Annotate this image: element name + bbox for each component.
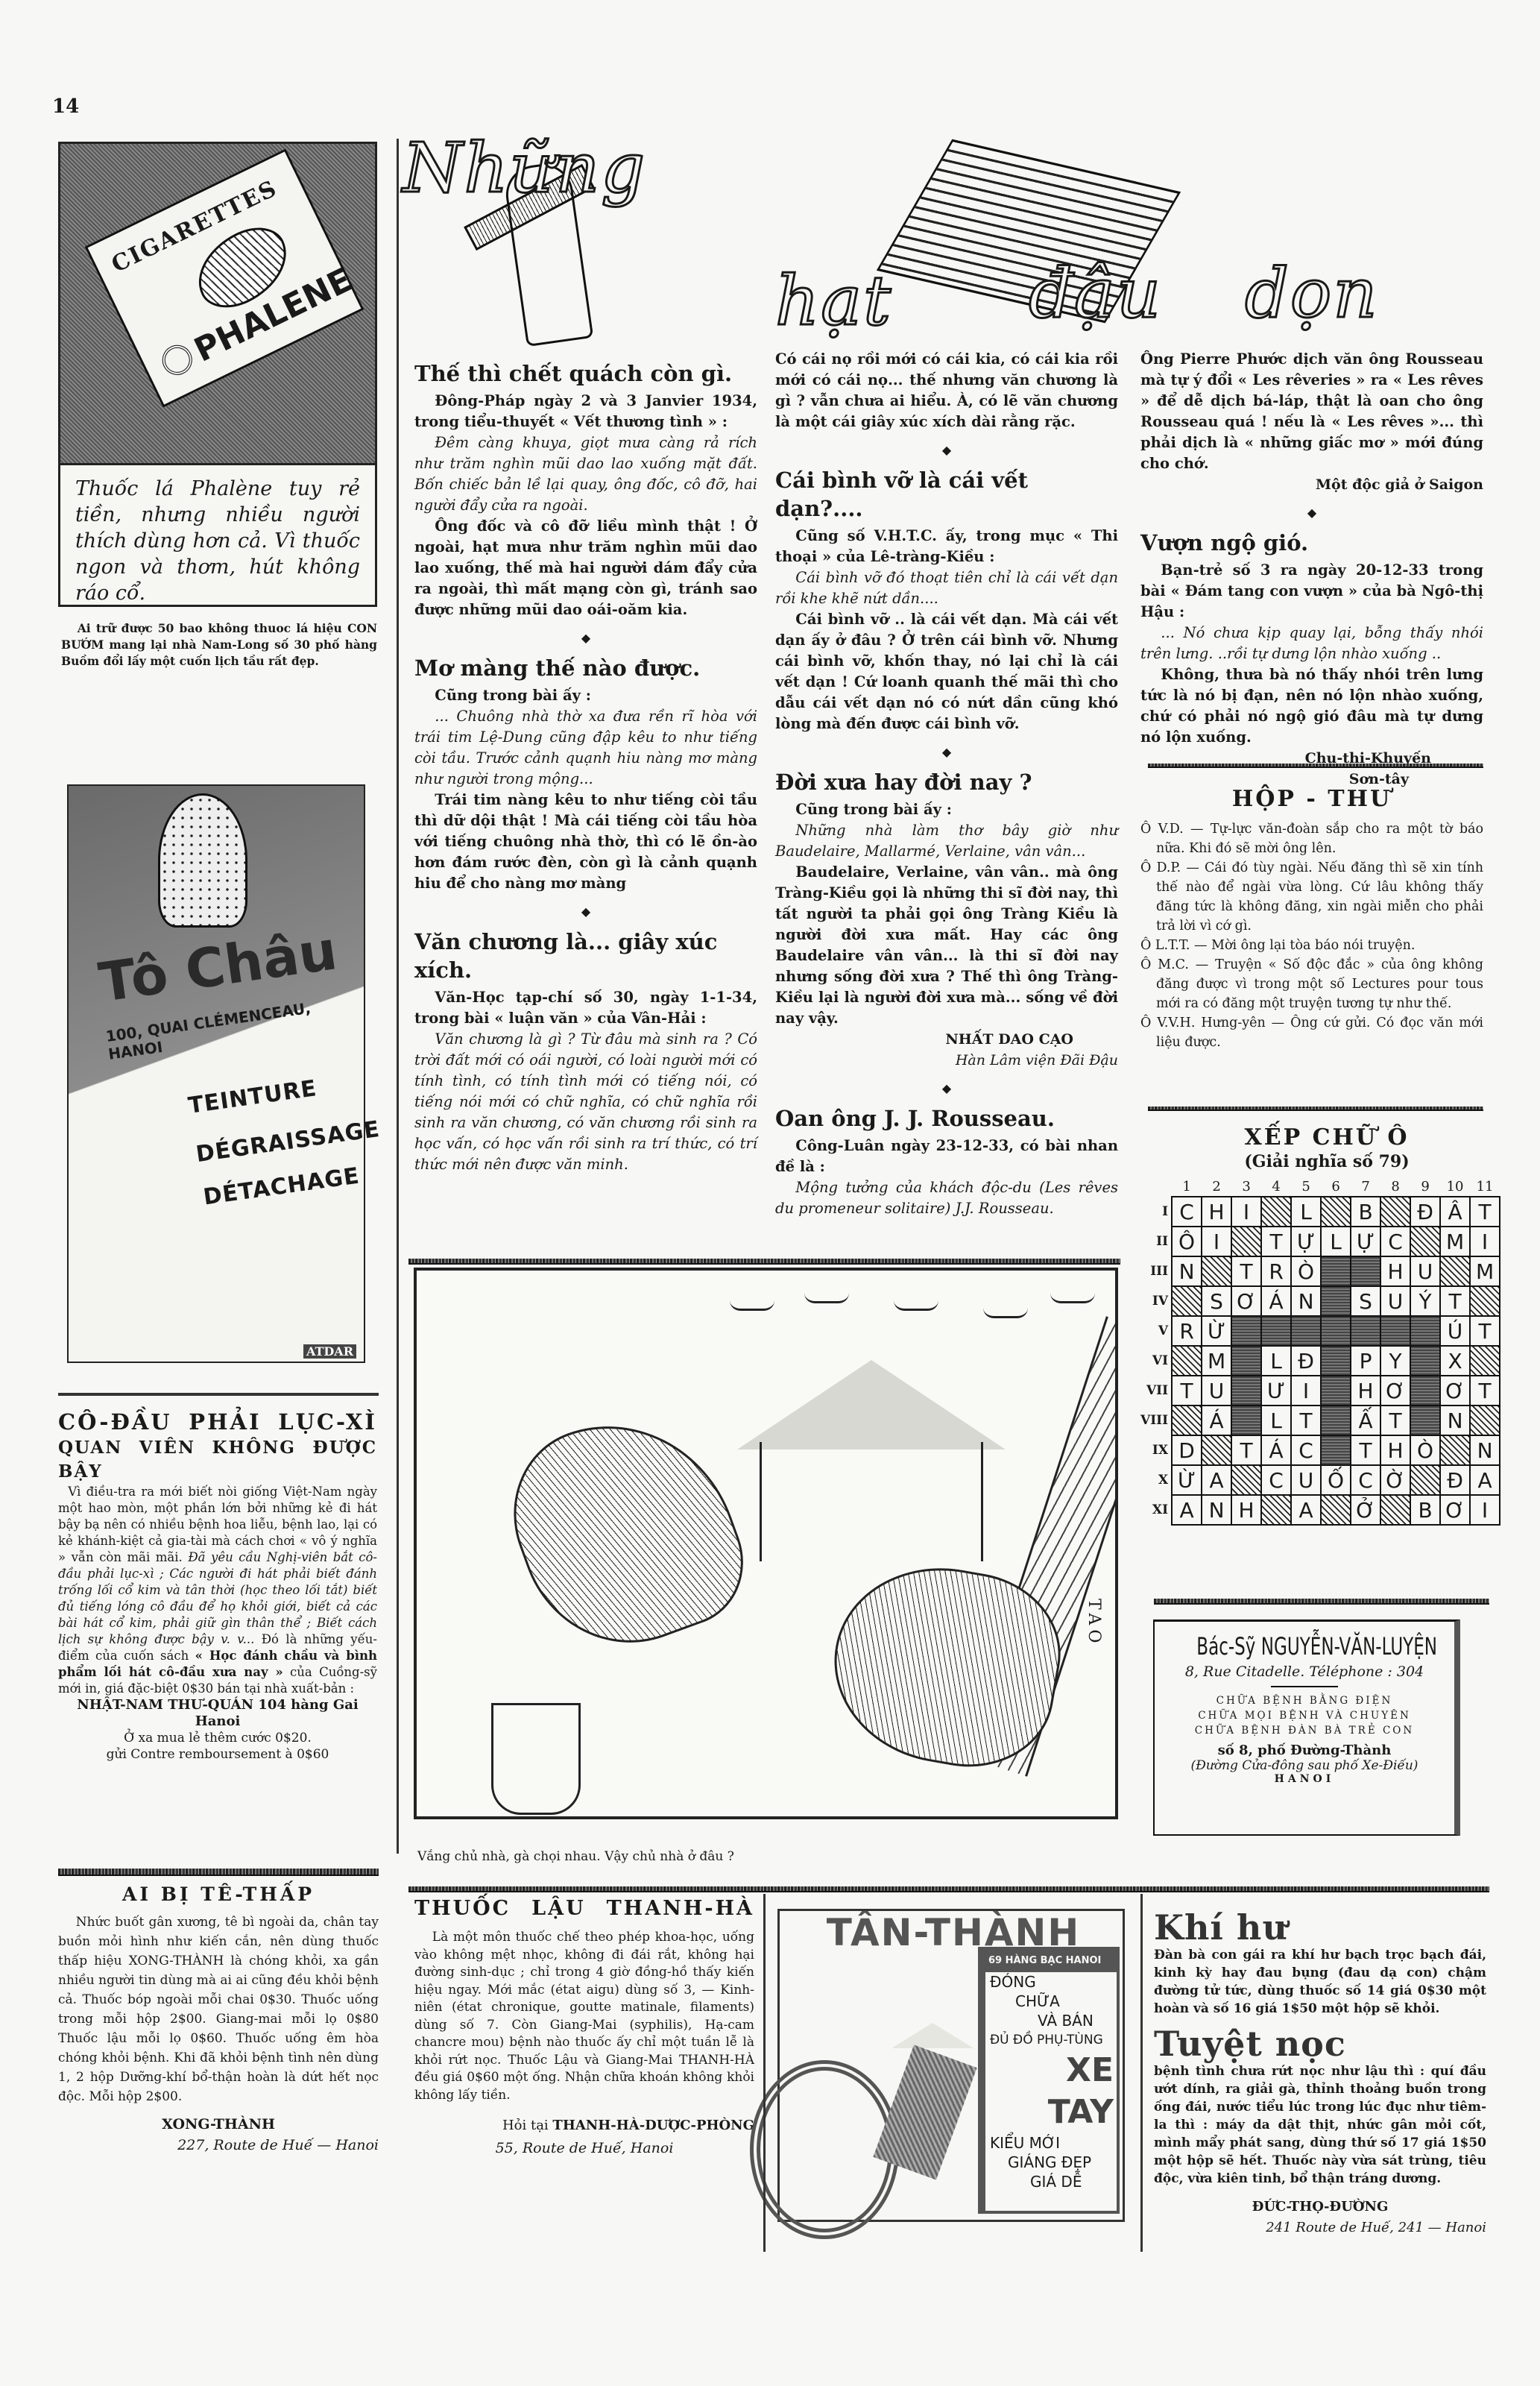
crossword-cell: I — [1231, 1197, 1261, 1227]
crossword-cell: N — [1172, 1256, 1202, 1286]
mailbox-reply: Ô M.C. — Truyện « Số độc đắc » của ông k… — [1140, 955, 1483, 1013]
mailbox-section: HỘP - THƯ Ô V.D. — Tự-lực văn-đoàn sắp c… — [1140, 768, 1483, 1052]
crossword-cell: T — [1261, 1227, 1291, 1256]
article: Cái bình vỡ là cái vết dạn?.... Cũng số … — [775, 466, 1118, 734]
crossword-cell: T — [1231, 1256, 1261, 1286]
sign-line: CHỮA — [985, 1992, 1117, 2011]
crossword-row-label: XI — [1140, 1495, 1172, 1525]
article-quote: Văn chương là gì ? Từ đâu mà sinh ra ? C… — [414, 1029, 757, 1175]
ornament-icon: ◆ — [414, 904, 757, 919]
crossword-row: IXDTÁCTHÒN — [1140, 1435, 1500, 1465]
crossword-cell: H — [1380, 1256, 1410, 1286]
article-source: Bạn-trẻ số 3 ra ngày 20-12-33 trong bài … — [1140, 560, 1483, 623]
crossword-row: VIIIÁLTẤTN — [1140, 1406, 1500, 1435]
crossword-shaded-cell — [1231, 1376, 1261, 1406]
crossword-blocked-cell — [1172, 1286, 1202, 1316]
crossword-cell: T — [1470, 1376, 1500, 1406]
crossword-blocked-cell — [1202, 1435, 1231, 1465]
article-comment: Không, thưa bà nó thấy nhói trên lưng tứ… — [1140, 664, 1483, 748]
mailbox-reply: Ô L.T.T. — Mời ông lại tòa báo nói truyệ… — [1140, 936, 1483, 955]
crossword-blocked-cell — [1440, 1435, 1470, 1465]
divider — [1154, 1599, 1489, 1605]
tochau-ad: Tô Châu 100, QUAI CLÉMENCEAU, HANOI TEIN… — [67, 784, 365, 1363]
article-quote: Cái bình vỡ đó thoạt tiên chỉ là cái vết… — [775, 567, 1118, 609]
ad-lead-word: Khí hư — [1154, 1909, 1288, 1946]
crossword-col-label: 11 — [1470, 1177, 1500, 1197]
crossword-cell: Ở — [1351, 1495, 1380, 1525]
crossword-row-label: III — [1140, 1256, 1172, 1286]
article-source: Công-Luân ngày 23-12-33, có bài nhan đề … — [775, 1136, 1118, 1177]
sign-line: VÀ BÁN — [985, 2011, 1117, 2030]
tanthanh-sign: 69 HÀNG BẠC HANOI ĐÓNG CHỮA VÀ BÁN ĐỦ ĐỒ… — [978, 1947, 1120, 2214]
crossword-blocked-cell — [1172, 1406, 1202, 1435]
crossword-cell: A — [1202, 1465, 1231, 1495]
crossword-cell: Ú — [1440, 1316, 1470, 1346]
crossword-subtitle: (Giải nghĩa số 79) — [1140, 1152, 1513, 1171]
article-column-3: Ông Pierre Phước dịch văn ông Rousseau m… — [1140, 349, 1483, 790]
publisher-city: Hanoi — [58, 1713, 377, 1730]
sign-line: ĐỦ ĐỒ PHỤ-TÙNG — [985, 2030, 1117, 2050]
article-comment: Ông đốc và cô đỡ liều mình thật ! Ở ngoà… — [414, 516, 757, 620]
crossword-cell: I — [1470, 1495, 1500, 1525]
crossword-cell: Ư — [1261, 1376, 1291, 1406]
crossword-cell: T — [1470, 1316, 1500, 1346]
crossword-cell: S — [1202, 1286, 1231, 1316]
divider — [408, 1259, 1120, 1265]
tochau-service: TEINTURE — [186, 1075, 318, 1119]
crossword-row: IVSƠÁNSUÝT — [1140, 1286, 1500, 1316]
crossword-cell: A — [1291, 1495, 1321, 1525]
crossword-shaded-cell — [1321, 1346, 1351, 1376]
crossword-shaded-cell — [1291, 1316, 1321, 1346]
article-signature: NHẤT DAO CẠO — [775, 1029, 1118, 1050]
crossword-cell: Đ — [1410, 1197, 1440, 1227]
banner-word: dọn — [1245, 254, 1379, 333]
crossword-cell: L — [1261, 1406, 1291, 1435]
ductho-ad: Khí hư Đàn bà con gái ra khí hư bạch trọ… — [1154, 1909, 1486, 2238]
doctor-service: CHỮA MỌI BỆNH VÀ CHUYÊN — [1155, 1708, 1454, 1723]
crossword-cell: M — [1470, 1256, 1500, 1286]
crossword-cell: L — [1261, 1346, 1291, 1376]
codau-book-ad: CÔ-ĐẦU PHẢI LỤC-XÌ QUAN VIÊN KHÔNG ĐƯỢC … — [58, 1402, 377, 1763]
crossword-cell: Ự — [1351, 1227, 1380, 1256]
tethap-ad: AI BỊ TÊ-THẤP Nhức buốt gân xương, tê bì… — [58, 1879, 379, 2156]
ad-address: 227, Route de Huế — Hanoi — [58, 2135, 379, 2156]
crossword-cell: Á — [1202, 1406, 1231, 1435]
crossword-cell: Ừ — [1202, 1316, 1231, 1346]
crossword-row: XỪACUỐCỜĐA — [1140, 1465, 1500, 1495]
crossword-blocked-cell — [1321, 1197, 1351, 1227]
crossword-cell: I — [1202, 1227, 1231, 1256]
spiral-icon — [157, 340, 197, 380]
tanthanh-rickshaw-ad: TÂN-THÀNH 69 HÀNG BẠC HANOI ĐÓNG CHỮA VÀ… — [777, 1909, 1125, 2222]
crossword-row: ICHILBĐÂT — [1140, 1197, 1500, 1227]
crossword-blocked-cell — [1261, 1197, 1291, 1227]
crossword-cell: Ừ — [1172, 1465, 1202, 1495]
mailbox-reply: Ô D.P. — Cái đó tùy ngài. Nếu đăng thì s… — [1140, 858, 1483, 936]
crossword-shaded-cell — [1321, 1376, 1351, 1406]
ad-headline: CÔ-ĐẦU PHẢI LỤC-XÌ — [58, 1408, 377, 1436]
article-quote: ... Nó chưa kịp quay lại, bỗng thấy nhói… — [1140, 623, 1483, 664]
article-title: Vượn ngộ gió. — [1140, 529, 1483, 557]
ornament-icon: ◆ — [414, 631, 757, 645]
crossword-cell: S — [1351, 1286, 1380, 1316]
crossword-cell: R — [1172, 1316, 1202, 1346]
crossword-cell: U — [1410, 1256, 1440, 1286]
article-quote: ... Chuông nhà thờ xa đưa rền rĩ hòa với… — [414, 706, 757, 790]
article-title: Đời xưa hay đời nay ? — [775, 768, 1118, 796]
doctor-service: CHỮA BỆNH ĐÀN BÀ TRẺ CON — [1155, 1723, 1454, 1738]
crossword-blocked-cell — [1202, 1256, 1231, 1286]
crossword-row-label: X — [1140, 1465, 1172, 1495]
cigarette-pack-illustration: CIGARETTES PHALENE — [85, 148, 365, 407]
crossword-grid: 1234567891011 ICHILBĐÂTIIÔITỰLỰCMIIIINTR… — [1140, 1177, 1500, 1526]
crossword-shaded-cell — [1261, 1316, 1291, 1346]
crossword-row-label: IV — [1140, 1286, 1172, 1316]
crossword-cell: T — [1172, 1376, 1202, 1406]
conical-hat-icon — [892, 2023, 973, 2048]
crossword-cell: I — [1291, 1376, 1321, 1406]
crossword-cell: H — [1380, 1435, 1410, 1465]
crossword-shaded-cell — [1321, 1316, 1351, 1346]
crossword-cell: Đ — [1440, 1465, 1470, 1495]
crossword-cell: H — [1231, 1495, 1261, 1525]
crossword-cell: Ơ — [1440, 1495, 1470, 1525]
crossword-cell: Ơ — [1231, 1286, 1261, 1316]
crossword-shaded-cell — [1410, 1406, 1440, 1435]
cartoon-caption: Vắng chủ nhà, gà chọi nhau. Vậy chủ nhà … — [417, 1849, 734, 1864]
article-comment: Có cái nọ rồi mới có cái kia, có cái kia… — [775, 349, 1118, 432]
ornament-icon: ◆ — [775, 1081, 1118, 1095]
crossword-cell: T — [1470, 1197, 1500, 1227]
rickshaw-illustration — [780, 1956, 966, 2217]
ad-brand: XONG-THÀNH — [58, 2114, 379, 2135]
contact-prefix: Hỏi tại — [502, 2118, 549, 2133]
article-quote: Những nhà làm thơ bây giờ như Baudelaire… — [775, 820, 1118, 862]
crossword-shaded-cell — [1321, 1435, 1351, 1465]
article-signature: Một độc giả ở Saigon — [1140, 474, 1483, 495]
article-comment: Baudelaire, Verlaine, vân vân.. mà ông T… — [775, 862, 1118, 1029]
crossword-col-label: 10 — [1440, 1177, 1470, 1197]
doctor-street: số 8, phố Đường-Thành — [1155, 1743, 1454, 1758]
ornament-icon: ◆ — [775, 745, 1118, 759]
crossword-cell: Ò — [1410, 1435, 1440, 1465]
crossword-cell: H — [1202, 1197, 1231, 1227]
tanthanh-address: 69 HÀNG BẠC HANOI — [985, 1950, 1117, 1972]
crossword-row: IIINTRÒHUM — [1140, 1256, 1500, 1286]
column-divider — [397, 139, 399, 1854]
crossword-blocked-cell — [1231, 1465, 1261, 1495]
crossword-cell: Ố — [1321, 1465, 1351, 1495]
crossword-col-label: 7 — [1351, 1177, 1380, 1197]
crossword-cell: N — [1440, 1406, 1470, 1435]
crossword-cell: B — [1410, 1495, 1440, 1525]
mailbox-reply: Ô V.D. — Tự-lực văn-đoàn sắp cho ra một … — [1140, 819, 1483, 858]
article-column-1: Thế thì chết quách còn gì. Đông-Pháp ngà… — [414, 350, 757, 1175]
crossword-row-label: V — [1140, 1316, 1172, 1346]
doctor-ad: Bác-Sỹ NGUYỄN-VĂN-LUYỆN 8, Rue Citadelle… — [1153, 1619, 1460, 1836]
mortar-illustration — [491, 1703, 581, 1815]
crossword-row: XIANHAỞBƠI — [1140, 1495, 1500, 1525]
shipping-note: Ở xa mua lẻ thêm cước 0$20. — [58, 1730, 377, 1746]
contact-name: THANH-HÀ-DƯỢC-PHÒNG — [552, 2118, 754, 2133]
article-title: Mơ màng thế nào được. — [414, 654, 757, 682]
tochau-service: DÉGRAISSAGE — [195, 1116, 382, 1168]
ad-body: Đàn bà con gái ra khí hư bạch trọc bạch … — [1154, 1946, 1486, 2018]
crossword-row-label: IX — [1140, 1435, 1172, 1465]
crossword-cell: D — [1172, 1435, 1202, 1465]
article-comment: Ông Pierre Phước dịch văn ông Rousseau m… — [1140, 349, 1483, 474]
article: Vượn ngộ gió. Bạn-trẻ số 3 ra ngày 20-12… — [1140, 529, 1483, 790]
shipping-note: gửi Contre remboursement à 0$60 — [58, 1746, 377, 1763]
crossword-cell: C — [1351, 1465, 1380, 1495]
ad-brand: ĐỨC-THỌ-ĐƯỜNG — [1154, 2197, 1486, 2217]
ad-address: 241 Route de Huế, 241 — Hanoi — [1154, 2217, 1486, 2238]
phalene-caption: Thuốc lá Phalène tuy rẻ tiền, nhưng nhiề… — [60, 463, 375, 605]
crossword-blocked-cell — [1410, 1465, 1440, 1495]
crossword-shaded-cell — [1380, 1316, 1410, 1346]
crossword-cell: I — [1470, 1227, 1500, 1256]
crossword-blocked-cell — [1470, 1286, 1500, 1316]
crossword-col-label: 6 — [1321, 1177, 1351, 1197]
crossword-row: IIÔITỰLỰCMI — [1140, 1227, 1500, 1256]
column-divider — [1140, 1894, 1143, 2252]
crossword-cell: Â — [1440, 1197, 1470, 1227]
crossword-cell: N — [1291, 1286, 1321, 1316]
article: Văn chương là... giây xúc xích. Văn-Học … — [414, 928, 757, 1175]
crossword-cell: Ự — [1291, 1227, 1321, 1256]
column-divider — [763, 1894, 766, 2252]
phalene-note: Ai trữ được 50 bao không thuoc lá hiệu C… — [61, 620, 377, 670]
ad-subheadline: QUAN VIÊN KHÔNG ĐƯỢC BẬY — [58, 1436, 377, 1484]
ad-body: bệnh tình chưa rứt nọc như lậu thì : quí… — [1154, 2062, 1486, 2188]
crossword-cell: N — [1202, 1495, 1231, 1525]
crossword-shaded-cell — [1410, 1376, 1440, 1406]
crossword-shaded-cell — [1231, 1346, 1261, 1376]
page-number: 14 — [52, 95, 79, 118]
sign-line: ĐÓNG — [985, 1972, 1117, 1992]
crossword-shaded-cell — [1321, 1406, 1351, 1435]
ad-lead-word: Tuyệt nọc — [1154, 2025, 1346, 2062]
article-source: Đông-Pháp ngày 2 và 3 Janvier 1934, tron… — [414, 391, 757, 432]
article-source: Cũng số V.H.T.C. ấy, trong mục « Thi tho… — [775, 526, 1118, 567]
article: Đời xưa hay đời nay ? Cũng trong bài ấy … — [775, 768, 1118, 1071]
crossword-cell: T — [1291, 1406, 1321, 1435]
article-quote: Mộng tưởng của khách độc-du (Les rêves d… — [775, 1177, 1118, 1219]
hut-roof-illustration — [737, 1360, 1006, 1449]
crossword-col-label: 9 — [1410, 1177, 1440, 1197]
crossword-shaded-cell — [1351, 1316, 1380, 1346]
hut-illustration — [760, 1442, 983, 1561]
sign-line: KIỂU MỚI — [985, 2133, 1117, 2153]
doctor-directions: (Đường Cửa-đông sau phố Xe-Điếu) — [1155, 1758, 1454, 1773]
article-comment: Trái tim nàng kêu to như tiếng còi tầu t… — [414, 790, 757, 894]
divider — [1271, 1686, 1338, 1687]
crossword-shaded-cell — [1410, 1316, 1440, 1346]
woman-figure-illustration — [158, 793, 247, 928]
crossword-cell: C — [1261, 1465, 1291, 1495]
crossword-cell: B — [1351, 1197, 1380, 1227]
doctor-name: Bác-Sỹ NGUYỄN-VĂN-LUYỆN — [1196, 1632, 1412, 1661]
doctor-service: CHỮA BỆNH BẰNG ĐIỆN — [1155, 1693, 1454, 1708]
crossword-cell: X — [1440, 1346, 1470, 1376]
crossword-cell: L — [1321, 1227, 1351, 1256]
article-comment: Cái bình vỡ .. là cái vết dạn. Mà cái vế… — [775, 609, 1118, 734]
crossword-cell: Y — [1380, 1346, 1410, 1376]
crossword-col-label: 3 — [1231, 1177, 1261, 1197]
article-signature-sub: Hàn Lâm viện Đãi Đậu — [775, 1050, 1118, 1071]
puller-figure — [873, 2045, 976, 2179]
crossword-col-label: 2 — [1202, 1177, 1231, 1197]
divider — [58, 1869, 379, 1876]
doctor-city: HANOI — [1155, 1773, 1454, 1785]
crossword-row: VIITUƯIHƠƠT — [1140, 1376, 1500, 1406]
crossword-row-label: VI — [1140, 1346, 1172, 1376]
crossword-cell: Ấ — [1351, 1406, 1380, 1435]
article: Oan ông J. J. Rousseau. Công-Luân ngày 2… — [775, 1104, 1118, 1219]
cockfight-cartoon: TAO — [414, 1268, 1118, 1819]
crossword-shaded-cell — [1231, 1406, 1261, 1435]
crossword-cell: C — [1380, 1227, 1410, 1256]
crossword-cell: U — [1291, 1465, 1321, 1495]
article-source: Cũng trong bài ấy : — [775, 799, 1118, 820]
divider — [58, 1393, 379, 1396]
banner-word: Những — [403, 128, 646, 208]
crossword-cell: Ơ — [1440, 1376, 1470, 1406]
crossword-blocked-cell — [1440, 1256, 1470, 1286]
article-source: Cũng trong bài ấy : — [414, 685, 757, 706]
phalene-cigarette-ad: CIGARETTES PHALENE Thuốc lá Phalène tuy … — [58, 142, 377, 607]
crossword-col-label: 1 — [1172, 1177, 1202, 1197]
crossword-cell: H — [1351, 1376, 1380, 1406]
crossword-cell: Đ — [1291, 1346, 1321, 1376]
thanhha-ad: THUỐC LẬU THANH-HÀ Là một môn thuốc chế … — [414, 1894, 754, 2159]
crossword-cell: Ý — [1410, 1286, 1440, 1316]
rooster-left-illustration — [489, 1391, 762, 1672]
crossword-row-label: II — [1140, 1227, 1172, 1256]
article-title: Thế thì chết quách còn gì. — [414, 359, 757, 388]
ad-headline: THUỐC LẬU THANH-HÀ — [414, 1897, 754, 1920]
artist-signature: ATDAR — [303, 1344, 356, 1359]
crossword-cell: M — [1440, 1227, 1470, 1256]
ad-address: 55, Route de Huế, Hanoi — [414, 2138, 754, 2159]
crossword-section: XẾP CHỮ Ô (Giải nghĩa số 79) 12345678910… — [1140, 1111, 1513, 1526]
crossword-title: XẾP CHỮ Ô — [1140, 1124, 1513, 1150]
crossword-row-label: VIII — [1140, 1406, 1172, 1435]
crossword-blocked-cell — [1172, 1346, 1202, 1376]
crossword-cell: U — [1380, 1286, 1410, 1316]
crossword-blocked-cell — [1470, 1406, 1500, 1435]
sign-big: XE TAY — [985, 2050, 1117, 2133]
doctor-address: 8, Rue Citadelle. Téléphone : 304 — [1155, 1663, 1454, 1680]
crossword-shaded-cell — [1231, 1316, 1261, 1346]
article-column-2: Có cái nọ rồi mới có cái kia, có cái kia… — [775, 349, 1118, 1219]
section-title: HỘP - THƯ — [1140, 786, 1483, 812]
article-title: Văn chương là... giây xúc xích. — [414, 928, 757, 984]
crossword-cell: Ờ — [1380, 1465, 1410, 1495]
crossword-cell: A — [1470, 1465, 1500, 1495]
crossword-cell: R — [1261, 1256, 1291, 1286]
crossword-cell: Ô — [1172, 1227, 1202, 1256]
crossword-cell: T — [1380, 1406, 1410, 1435]
crossword-cell: C — [1291, 1435, 1321, 1465]
mailbox-reply: Ô V.V.H. Hưng-yên — Ông cứ gửi. Có đọc v… — [1140, 1013, 1483, 1052]
crossword-col-label: 5 — [1291, 1177, 1321, 1197]
article-title: Oan ông J. J. Rousseau. — [775, 1104, 1118, 1133]
publisher: NHẬT-NAM THƯ-QUÁN 104 hàng Gai — [58, 1697, 377, 1713]
ornament-icon: ◆ — [1140, 506, 1483, 520]
crossword-blocked-cell — [1470, 1346, 1500, 1376]
crossword-shaded-cell — [1410, 1346, 1440, 1376]
crossword-blocked-cell — [1261, 1495, 1291, 1525]
crossword-row: VIMLĐPYX — [1140, 1346, 1500, 1376]
artist-mark: TAO — [1085, 1599, 1103, 1647]
banner-word: đậu — [1029, 254, 1162, 333]
article: Thế thì chết quách còn gì. Đông-Pháp ngà… — [414, 359, 757, 620]
crossword-blocked-cell — [1321, 1495, 1351, 1525]
crossword-cell: T — [1231, 1435, 1261, 1465]
crossword-cell: N — [1470, 1435, 1500, 1465]
ad-body: Là một môn thuốc chế theo phép khoa-học,… — [414, 1929, 754, 2104]
article-quote: Đêm càng khuya, giọt mưa càng rả rích nh… — [414, 432, 757, 516]
article-source: Văn-Học tạp-chí số 30, ngày 1-1-34, tron… — [414, 987, 757, 1029]
ad-body: Nhức buốt gân xương, tê bì ngoài da, châ… — [58, 1913, 379, 2106]
banner-word: hạt — [775, 261, 892, 341]
crossword-cell: Ơ — [1380, 1376, 1410, 1406]
crossword-cell: M — [1202, 1346, 1231, 1376]
crossword-cell: Á — [1261, 1435, 1291, 1465]
crossword-col-label: 8 — [1380, 1177, 1410, 1197]
sign-line: GIÁNG ĐẸP — [985, 2153, 1117, 2172]
crossword-blocked-cell — [1231, 1227, 1261, 1256]
article: Mơ màng thế nào được. Cũng trong bài ấy … — [414, 654, 757, 894]
section-banner: Những hạt đậu dọn — [403, 134, 1491, 358]
article-title: Cái bình vỡ là cái vết dạn?.... — [775, 466, 1118, 523]
crossword-cell: A — [1172, 1495, 1202, 1525]
crossword-cell: T — [1351, 1435, 1380, 1465]
crossword-row-label: I — [1140, 1197, 1172, 1227]
ad-headline: AI BỊ TÊ-THẤP — [58, 1883, 379, 1905]
crossword-cell: L — [1291, 1197, 1321, 1227]
crossword-shaded-cell — [1321, 1256, 1351, 1286]
crossword-blocked-cell — [1410, 1227, 1440, 1256]
crossword-blocked-cell — [1380, 1197, 1410, 1227]
sign-line: GIÁ DỄ — [985, 2172, 1117, 2191]
crossword-blocked-cell — [1380, 1495, 1410, 1525]
divider — [408, 1886, 1489, 1892]
ornament-icon: ◆ — [775, 443, 1118, 457]
crossword-cell: Á — [1261, 1286, 1291, 1316]
crossword-cell: C — [1172, 1197, 1202, 1227]
crossword-col-label: 4 — [1261, 1177, 1291, 1197]
crossword-row: VRỪÚT — [1140, 1316, 1500, 1346]
tochau-service: DÉTACHAGE — [202, 1162, 362, 1210]
crossword-cell: U — [1202, 1376, 1231, 1406]
crossword-cell: T — [1440, 1286, 1470, 1316]
crossword-row-label: VII — [1140, 1376, 1172, 1406]
crossword-cell: Ò — [1291, 1256, 1321, 1286]
crossword-shaded-cell — [1351, 1256, 1380, 1286]
crossword-shaded-cell — [1321, 1286, 1351, 1316]
crossword-cell: P — [1351, 1346, 1380, 1376]
